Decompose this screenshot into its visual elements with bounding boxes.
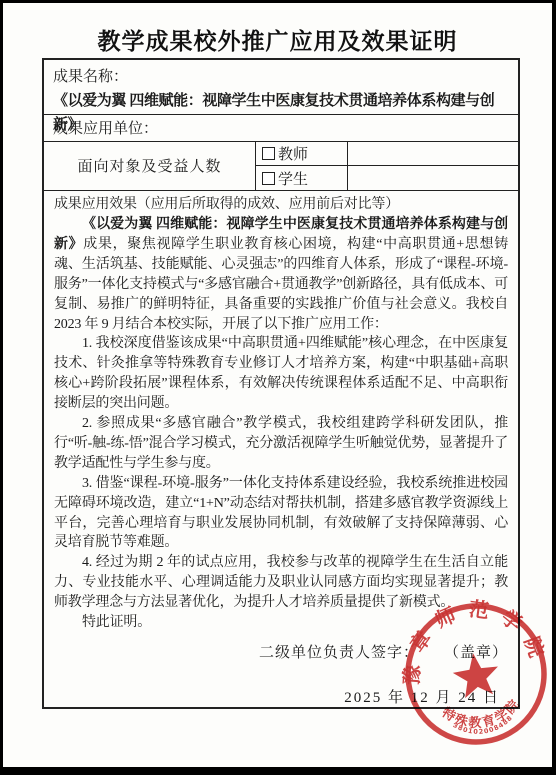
seal-serial-number: 380102008488 — [451, 713, 516, 740]
effect-intro: 《以爱为翼 四维赋能：视障学生中医康复技术贯通培养体系构建与创新》成果，聚焦视障… — [54, 215, 508, 334]
certificate-page: 教学成果校外推广应用及效果证明 成果名称： 《以爱为翼 四维赋能：视障学生中医康… — [0, 0, 556, 775]
row-application-effect: 成果应用效果（应用后所取得的成效、应用前后对比等） 《以爱为翼 四维赋能：视障学… — [44, 191, 518, 707]
checkbox-student-label: 学生 — [278, 168, 308, 189]
row-audience: 面向对象及受益人数 教师 学生 — [44, 142, 518, 191]
stamp-here-label: （盖章） — [444, 641, 508, 662]
checkbox-student[interactable] — [262, 172, 275, 185]
signature-label: 二级单位负责人签字： — [259, 641, 419, 662]
date-line: 2025 年 12 月 24 日 — [54, 686, 508, 707]
teacher-count-cell — [348, 142, 518, 166]
audience-option-teacher: 教师 — [256, 142, 518, 166]
signature-row: 二级单位负责人签字： （盖章） — [54, 641, 508, 662]
effect-item-1: 1. 我校深度借鉴该成果“中高职贯通+四维赋能”核心理念，在中医康复技术、针灸推… — [54, 334, 508, 414]
applying-unit-label: 成果应用单位： — [53, 121, 158, 137]
effect-item-2: 2. 参照成果“多感官融合”教学模式，我校组建跨学科研发团队，推行“听-触-练-… — [54, 414, 508, 474]
effect-item-4: 4. 经过为期 2 年的试点应用，我校参与改革的视障学生在生活自立能力、专业技能… — [54, 553, 508, 613]
audience-options: 教师 学生 — [256, 142, 518, 190]
checkbox-teacher[interactable] — [262, 147, 275, 160]
effect-item-3: 3. 借鉴“课程-环境-服务”一体化支持体系建设经验，我校系统推进校园无障碍环境… — [54, 474, 508, 554]
row-applying-unit: 成果应用单位： — [44, 115, 518, 142]
achievement-name-label: 成果名称： — [53, 65, 509, 89]
checkbox-teacher-label: 教师 — [278, 143, 308, 164]
effect-intro-rest: 成果，聚焦视障学生职业教育核心困境，构建“中高职贯通+思想铸魂、生活筑基、技能赋… — [54, 237, 508, 332]
certificate-table: 成果名称： 《以爱为翼 四维赋能：视障学生中医康复技术贯通培养体系构建与创新》 … — [42, 58, 520, 709]
effect-header: 成果应用效果（应用后所取得的成效、应用前后对比等） — [54, 195, 508, 215]
closing-statement: 特此证明。 — [54, 613, 508, 633]
svg-text:380102008488: 380102008488 — [451, 713, 516, 740]
page-title: 教学成果校外推广应用及效果证明 — [3, 23, 552, 56]
audience-label: 面向对象及受益人数 — [44, 142, 256, 190]
row-achievement-name: 成果名称： 《以爱为翼 四维赋能：视障学生中医康复技术贯通培养体系构建与创新》 — [44, 60, 518, 115]
student-count-cell — [348, 166, 518, 190]
audience-option-student: 学生 — [256, 165, 518, 190]
